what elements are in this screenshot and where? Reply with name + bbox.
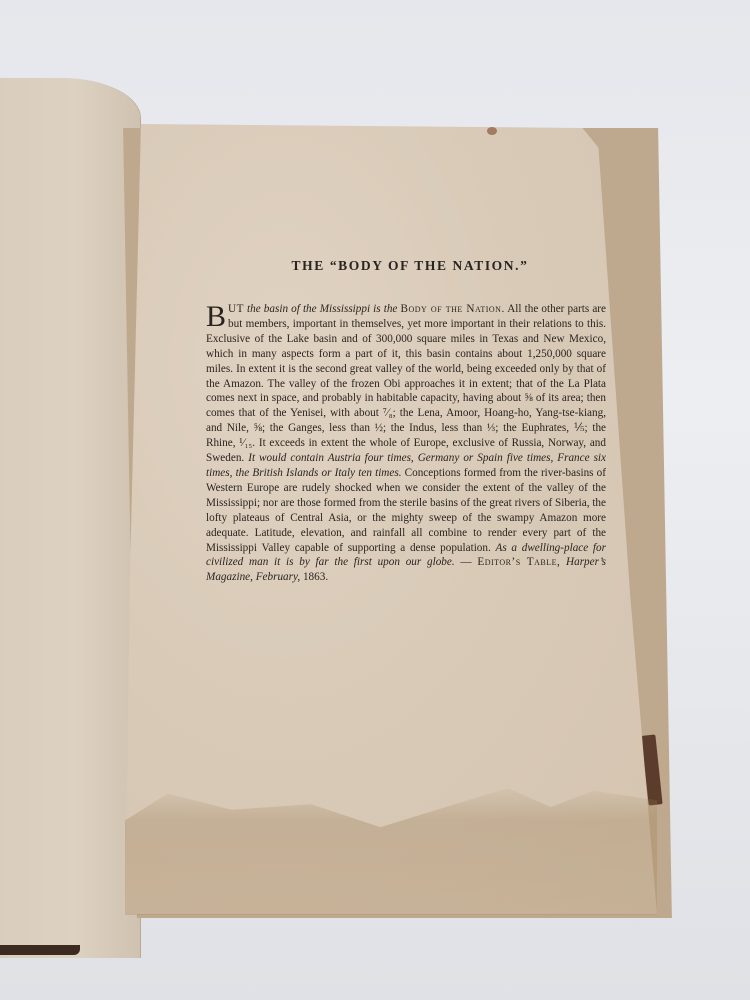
book-photo: THE “BODY OF THE NATION.” BUT the basin …: [0, 0, 750, 1000]
source-label: Editor’s Table,: [477, 556, 560, 568]
foxing-spot: [487, 127, 497, 135]
left-page: [0, 78, 140, 958]
source-year: 1863.: [300, 571, 328, 583]
body-text: All the other parts are but members, imp…: [206, 303, 606, 464]
dash: —: [455, 556, 478, 568]
page-content: THE “BODY OF THE NATION.” BUT the basin …: [206, 258, 606, 585]
page-title: THE “BODY OF THE NATION.”: [206, 258, 606, 274]
small-caps-phrase: Body of the Nation.: [401, 303, 505, 315]
left-page-bleedthrough: [0, 358, 10, 398]
italic-phrase: the basin of the Mississippi is the: [244, 303, 401, 315]
left-cover-edge: [0, 945, 80, 955]
drop-cap: B: [206, 305, 226, 329]
opening-word: UT: [228, 303, 244, 315]
body-paragraph: BUT the basin of the Mississippi is the …: [206, 302, 606, 585]
